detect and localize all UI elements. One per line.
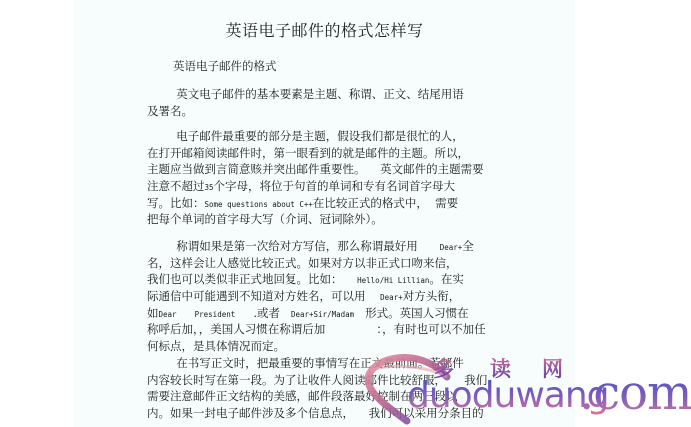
text-segment: 需要注意邮件正文结构的美感，邮件段落最好控制在两三段以 <box>147 389 458 403</box>
text-line: 在书写正文时，把最重要的事情写在正文最前面。若邮件 <box>147 355 507 372</box>
inline-latin-text: Some questions about C++ <box>205 200 313 209</box>
text-line: 称呼后加，，美国人习惯在称谓后加 ：，有时也可以不加任 <box>147 321 507 338</box>
inline-latin-text: Hello/Hi Lillian <box>357 276 429 285</box>
text-segment: 形式。英国人习惯在 <box>354 306 468 320</box>
text-segment: .或者 <box>253 306 291 320</box>
text-segment: 称呼后加，，美国人习惯在称谓后加 ：，有时也可以不加任 <box>147 322 486 336</box>
text-segment: 对方头衔， <box>403 289 461 303</box>
text-line: 际通信中可能遇到不知道对方姓名，可以用 Dear+对方头衔， <box>147 288 507 305</box>
text-segment: 如 <box>147 306 159 320</box>
inline-latin-text: Dear President <box>159 310 254 319</box>
text-line: 注意不超过35个字母，将位于句首的单词和专有名词首字母大 <box>147 178 507 195</box>
text-line: 内容较长时写在第一段。为了让收件人阅读邮件比较舒服， 我们 <box>147 372 507 389</box>
text-segment: 电子邮件最重要的部分是主题，假设我们都是很忙的人， <box>147 129 464 143</box>
text-segment: 主题应当做到言简意赅并突出邮件重要性。 英文邮件的主题需要 <box>147 162 484 176</box>
text-line: 及署名。 <box>147 103 507 120</box>
text-segment: 名，这样会让人感觉比较正式。如果对方以非正式口吻来信， <box>147 256 458 270</box>
text-line: 电子邮件最重要的部分是主题，假设我们都是很忙的人， <box>147 128 507 145</box>
text-segment: 我们也可以类似非正式地回复。比如： <box>147 272 357 286</box>
text-segment: 称谓如果是第一次给对方写信，那么称谓最好用 <box>147 239 440 253</box>
text-line: 把每个单词的首字母大写（介词、冠词除外）。 <box>147 211 507 228</box>
inline-latin-text: Dear+Sir/Madam <box>291 310 354 319</box>
document-title: 英语电子邮件的格式怎样写 <box>74 18 575 41</box>
text-segment: 在书写正文时，把最重要的事情写在正文最前面。若邮件 <box>147 356 464 370</box>
text-line: 内。如果一封电子邮件涉及多个信息点， 我们可以采用分条目的 <box>147 405 507 422</box>
text-line: 何标点，是具体情况而定。 <box>147 338 507 355</box>
document-page: 英语电子邮件的格式怎样写 英语电子邮件的格式 英文电子邮件的基本要素是主题、称谓… <box>74 0 575 427</box>
text-segment: 英文电子邮件的基本要素是主题、称谓、正文、结尾用语 <box>147 87 464 101</box>
text-segment: 内。如果一封电子邮件涉及多个信息点， 我们可以采用分条目的 <box>147 406 484 420</box>
watermark-tld: .com <box>579 365 691 421</box>
text-segment: 在比较正式的格式中， 需要 <box>313 196 458 210</box>
text-segment: 个字母，将位于句首的单词和专有名词首字母大 <box>214 179 456 193</box>
paragraph: 英文电子邮件的基本要素是主题、称谓、正文、结尾用语及署名。 <box>147 86 507 119</box>
text-segment: 在打开邮箱阅读邮件时，第一眼看到的就是邮件的主题。所以， <box>147 146 469 160</box>
text-segment: 注意不超过 <box>147 179 205 193</box>
inline-latin-text: 35 <box>205 183 214 192</box>
text-segment: 内容较长时写在第一段。为了让收件人阅读邮件比较舒服， 我们 <box>147 373 487 387</box>
inline-latin-text: Dear+ <box>440 243 463 252</box>
paragraph: 在书写正文时，把最重要的事情写在正文最前面。若邮件内容较长时写在第一段。为了让收… <box>147 355 507 422</box>
text-segment: 全 <box>462 239 474 253</box>
document-subtitle: 英语电子邮件的格式 <box>173 58 277 74</box>
text-line: 写。比如：Some questions about C++在比较正式的格式中， … <box>147 195 507 212</box>
text-segment: 何标点，是具体情况而定。 <box>147 339 285 353</box>
text-line: 我们也可以类似非正式地回复。比如： Hello/Hi Lillian。在实 <box>147 271 507 288</box>
text-line: 在打开邮箱阅读邮件时，第一眼看到的就是邮件的主题。所以， <box>147 145 507 162</box>
text-line: 主题应当做到言简意赅并突出邮件重要性。 英文邮件的主题需要 <box>147 161 507 178</box>
text-segment: 把每个单词的首字母大写（介词、冠词除外）。 <box>147 212 383 226</box>
text-segment: 写。比如： <box>147 196 205 210</box>
paragraph: 电子邮件最重要的部分是主题，假设我们都是很忙的人，在打开邮箱阅读邮件时，第一眼看… <box>147 128 507 228</box>
text-segment: 。在实 <box>429 272 464 286</box>
paragraph: 称谓如果是第一次给对方写信，那么称谓最好用 Dear+全名，这样会让人感觉比较正… <box>147 238 507 355</box>
text-line: 称谓如果是第一次给对方写信，那么称谓最好用 Dear+全 <box>147 238 507 255</box>
text-segment: 及署名。 <box>147 104 193 118</box>
text-line: 英文电子邮件的基本要素是主题、称谓、正文、结尾用语 <box>147 86 507 103</box>
text-line: 如Dear President .或者 Dear+Sir/Madam 形式。英国… <box>147 305 507 322</box>
text-line: 需要注意邮件正文结构的美感，邮件段落最好控制在两三段以 <box>147 388 507 405</box>
inline-latin-text: Dear+ <box>380 293 403 302</box>
text-line: 名，这样会让人感觉比较正式。如果对方以非正式口吻来信， <box>147 255 507 272</box>
text-segment: 际通信中可能遇到不知道对方姓名，可以用 <box>147 289 380 303</box>
